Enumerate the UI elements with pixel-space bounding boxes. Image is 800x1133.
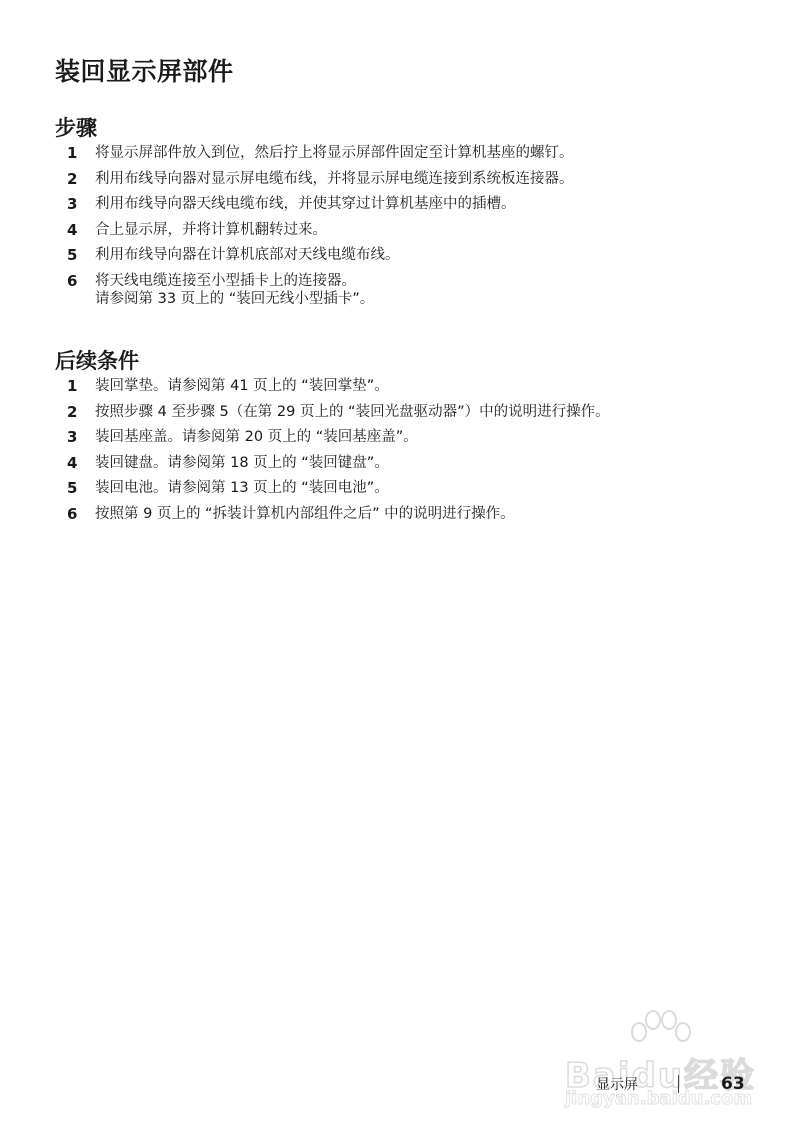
page-number: 63 bbox=[721, 1074, 745, 1094]
step-number: 2 bbox=[55, 170, 95, 188]
list-item: 6 按照第 9 页上的 “拆装计算机内部组件之后” 中的说明进行操作。 bbox=[55, 505, 610, 523]
step-text: 利用布线导向器在计算机底部对天线电缆布线。 bbox=[95, 246, 574, 264]
page-title: 装回显示屏部件 bbox=[55, 52, 234, 88]
steps-list: 1 将显示屏部件放入到位，然后拧上将显示屏部件固定至计算机基座的螺钉。 2 利用… bbox=[55, 144, 574, 315]
list-item: 5 利用布线导向器在计算机底部对天线电缆布线。 bbox=[55, 246, 574, 264]
paw-icon bbox=[625, 1010, 695, 1052]
step-text: 装回掌垫。请参阅第 41 页上的 “装回掌垫”。 bbox=[95, 377, 610, 395]
step-reference: 请参阅第 33 页上的 “装回无线小型插卡”。 bbox=[95, 290, 574, 308]
step-text: 按照第 9 页上的 “拆装计算机内部组件之后” 中的说明进行操作。 bbox=[95, 505, 610, 523]
step-number: 4 bbox=[55, 454, 95, 472]
list-item: 1 将显示屏部件放入到位，然后拧上将显示屏部件固定至计算机基座的螺钉。 bbox=[55, 144, 574, 162]
step-text: 将显示屏部件放入到位，然后拧上将显示屏部件固定至计算机基座的螺钉。 bbox=[95, 144, 574, 162]
step-number: 6 bbox=[55, 272, 95, 290]
step-text: 合上显示屏，并将计算机翻转过来。 bbox=[95, 221, 574, 239]
list-item: 4 合上显示屏，并将计算机翻转过来。 bbox=[55, 221, 574, 239]
step-number: 5 bbox=[55, 479, 95, 497]
list-item: 5 装回电池。请参阅第 13 页上的 “装回电池”。 bbox=[55, 479, 610, 497]
step-number: 1 bbox=[55, 144, 95, 162]
step-number: 3 bbox=[55, 428, 95, 446]
section-heading-postconditions: 后续条件 bbox=[55, 345, 139, 375]
step-text: 利用布线导向器天线电缆布线，并使其穿过计算机基座中的插槽。 bbox=[95, 195, 574, 213]
list-item: 3 装回基座盖。请参阅第 20 页上的 “装回基座盖”。 bbox=[55, 428, 610, 446]
step-text: 将天线电缆连接至小型插卡上的连接器。 bbox=[95, 272, 574, 290]
list-item: 4 装回键盘。请参阅第 18 页上的 “装回键盘”。 bbox=[55, 454, 610, 472]
step-number: 5 bbox=[55, 246, 95, 264]
list-item: 2 利用布线导向器对显示屏电缆布线，并将显示屏电缆连接到系统板连接器。 bbox=[55, 170, 574, 188]
step-text: 装回基座盖。请参阅第 20 页上的 “装回基座盖”。 bbox=[95, 428, 610, 446]
footer-section-name: 显示屏 bbox=[596, 1074, 678, 1094]
list-item: 6 将天线电缆连接至小型插卡上的连接器。 请参阅第 33 页上的 “装回无线小型… bbox=[55, 272, 574, 308]
step-text: 按照步骤 4 至步骤 5（在第 29 页上的 “装回光盘驱动器”）中的说明进行操… bbox=[95, 403, 610, 421]
postconditions-list: 1 装回掌垫。请参阅第 41 页上的 “装回掌垫”。 2 按照步骤 4 至步骤 … bbox=[55, 377, 610, 530]
section-heading-steps: 步骤 bbox=[55, 112, 97, 142]
step-number: 6 bbox=[55, 505, 95, 523]
step-number: 2 bbox=[55, 403, 95, 421]
step-text: 装回电池。请参阅第 13 页上的 “装回电池”。 bbox=[95, 479, 610, 497]
list-item: 2 按照步骤 4 至步骤 5（在第 29 页上的 “装回光盘驱动器”）中的说明进… bbox=[55, 403, 610, 421]
list-item: 1 装回掌垫。请参阅第 41 页上的 “装回掌垫”。 bbox=[55, 377, 610, 395]
step-number: 1 bbox=[55, 377, 95, 395]
step-text: 利用布线导向器对显示屏电缆布线，并将显示屏电缆连接到系统板连接器。 bbox=[95, 170, 574, 188]
page-footer: 显示屏 63 bbox=[596, 1074, 745, 1094]
footer-divider bbox=[678, 1075, 679, 1093]
step-number: 4 bbox=[55, 221, 95, 239]
step-number: 3 bbox=[55, 195, 95, 213]
step-text: 装回键盘。请参阅第 18 页上的 “装回键盘”。 bbox=[95, 454, 610, 472]
baidu-watermark: Baidu经验 jingyan.baidu.com bbox=[565, 1010, 765, 1120]
list-item: 3 利用布线导向器天线电缆布线，并使其穿过计算机基座中的插槽。 bbox=[55, 195, 574, 213]
